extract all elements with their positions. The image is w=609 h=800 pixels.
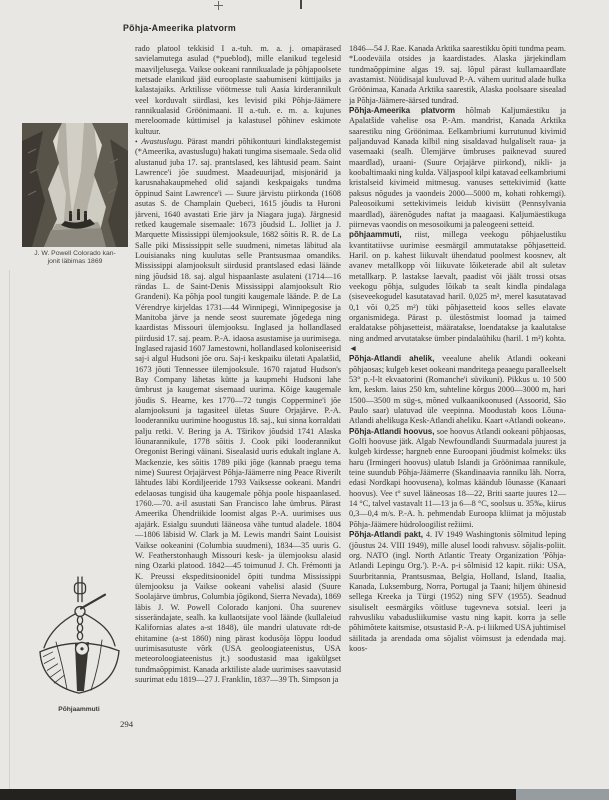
powell-canyon-engraving xyxy=(22,123,128,247)
text-column-right: 1846—54 J. Rae. Kanada Arktika saarestik… xyxy=(349,44,566,720)
entry-pohja-atlandi-ahelik: Põhja-Atlandi ahelik, veealune ahelik At… xyxy=(349,354,566,426)
page-edge-shadow xyxy=(9,270,10,790)
entry-body: Pärast mandri põhikontuuri kindlakstegem… xyxy=(135,137,341,684)
entry-pohja-atlandi-hoovus: Põhja-Atlandi hoovus, soe hoovus Atlandi… xyxy=(349,427,566,530)
entry-headword: Põhja-Atlandi pakt, xyxy=(349,530,423,539)
entry-avastuslugu: • Avastuslugu. Pärast mandri põhikontuur… xyxy=(135,137,341,685)
running-head: Põhja-Ameerika platvorm xyxy=(123,23,236,33)
text-column-left: rado platool tekkisid I a.-tuh. m. a. j.… xyxy=(135,44,341,720)
paragraph-text: rado platool tekkisid I a.-tuh. m. a. j.… xyxy=(135,44,341,136)
entry-lead: Avastuslugu. xyxy=(141,137,183,146)
entry-headword: Põhja-Atlandi hoovus, xyxy=(349,427,435,436)
entry-body: 1846—54 J. Rae. Kanada Arktika saarestik… xyxy=(349,44,566,105)
canyon-engraving-art xyxy=(22,123,128,247)
page-number: 294 xyxy=(120,719,133,729)
page-edge-tick xyxy=(300,0,302,9)
entry-body: 4. IV 1949 Washingtonis sõlmitud leping … xyxy=(349,530,566,653)
entry-continuation: 1846—54 J. Rae. Kanada Arktika saarestik… xyxy=(349,44,566,106)
paragraph-continuation: rado platool tekkisid I a.-tuh. m. a. j.… xyxy=(135,44,341,137)
grab-sampler-art xyxy=(27,576,131,702)
canyon-figure-caption: J. W. Powell Colorado kan- jonit läbimas… xyxy=(22,250,128,267)
entry-body: soe hoovus Atlandi ookeani põhjaosas, Go… xyxy=(349,427,566,529)
entry-pohja-atlandi-pakt: Põhja-Atlandi pakt, 4. IV 1949 Washingto… xyxy=(349,530,566,654)
entry-headword: põhjaammuti, xyxy=(349,230,402,239)
scan-bottom-edge-light xyxy=(516,789,609,800)
canyon-caption-line1: J. W. Powell Colorado kan- xyxy=(22,250,128,258)
entry-pohjaammuti: põhjaammuti, riist, millega veekogu põhj… xyxy=(349,230,566,354)
entry-headword: Põhja-Ameerika platvorm xyxy=(349,106,455,115)
canyon-caption-line2: jonit läbimas 1869 xyxy=(22,258,128,266)
registration-cross-icon xyxy=(214,1,223,10)
entry-body: veealune ahelik Atlandi ookeani põhjaosa… xyxy=(349,354,566,425)
encyclopedia-page: Põhja-Ameerika platvorm J. W. Powell Col… xyxy=(0,0,609,800)
entry-headword: Põhja-Atlandi ahelik, xyxy=(349,354,434,363)
entry-body: hõlmab Kaljumäestiku ja Apalatšide vahel… xyxy=(349,106,566,229)
entry-pohja-ameerika-platvorm: Põhja-Ameerika platvorm hõlmab Kaljumäes… xyxy=(349,106,566,230)
bottom-grab-sampler-illustration xyxy=(27,576,131,702)
grab-figure-caption: Põhjaammuti xyxy=(27,706,131,713)
bullet-marker: • xyxy=(135,137,138,146)
entry-body: riist, millega veekogu põhjaelustiku kva… xyxy=(349,230,566,353)
